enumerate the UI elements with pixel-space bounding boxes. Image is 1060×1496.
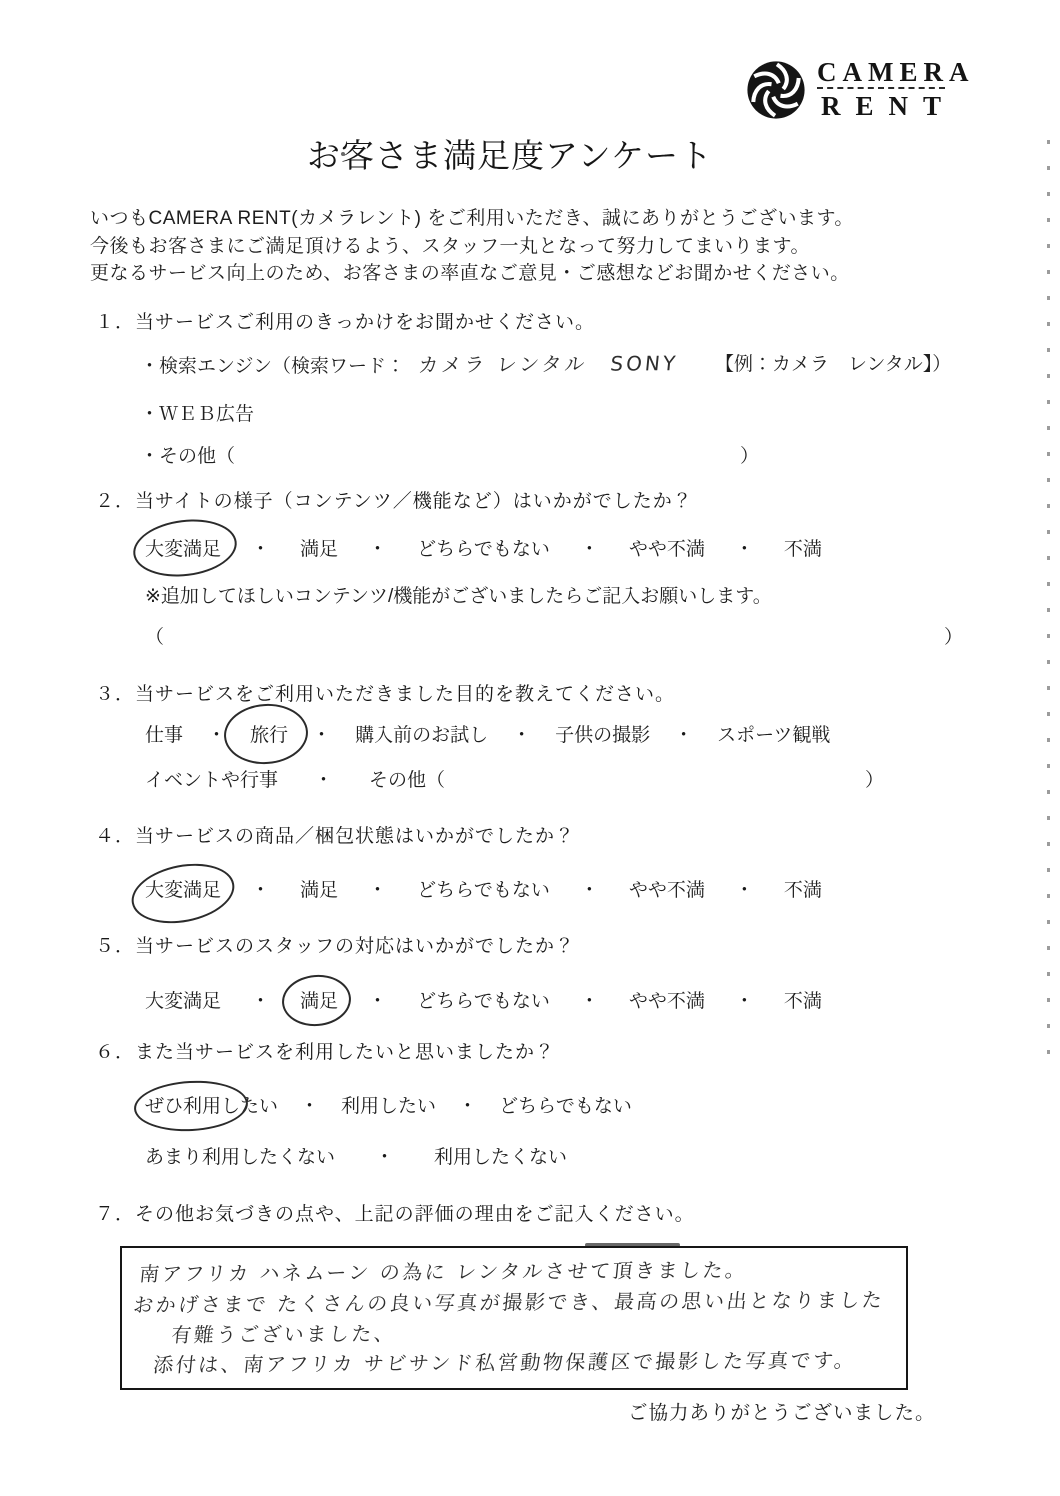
- q1-search-example: 【例：カメラ レンタル】）: [715, 349, 951, 376]
- option-separator: ・: [207, 720, 226, 747]
- option-separator: ・: [674, 720, 693, 747]
- q4-option-very-satisfied-circled: 大変満足: [145, 875, 221, 902]
- q6-option-rather-not-use: あまり利用したくない: [145, 1142, 335, 1169]
- question-7-heading: ７．その他お気づきの点や、上記の評価の理由をご記入ください。: [95, 1199, 695, 1226]
- q4-option-satisfied: 満足: [300, 875, 338, 902]
- q6-option-will-not-use: 利用したくない: [434, 1142, 567, 1169]
- q1-other-prefix: ・その他（: [140, 446, 235, 467]
- option-separator: ・: [300, 1091, 319, 1118]
- q7-comment-line-1: 南アフリカ ハネムーン の為に レンタルさせて頂きました。: [138, 1254, 749, 1287]
- brand-logo: CAMERA RENT: [745, 58, 975, 122]
- aperture-icon: [745, 58, 807, 122]
- q3-other-close-paren: ）: [865, 765, 884, 792]
- option-separator: ・: [512, 720, 531, 747]
- q5-option-dissatisfied: 不満: [784, 986, 822, 1013]
- q3-other-prefix: その他（: [369, 765, 445, 792]
- q3-option-sports-viewing: スポーツ観戦: [717, 720, 830, 747]
- q7-comment-line-4: 添付は、南アフリカ サビサンド私営動物保護区で撮影した写真です。: [152, 1344, 858, 1378]
- q6-option-definitely-use-again-circled: ぜひ利用したい: [145, 1091, 278, 1118]
- q3-options-row-1: 仕事 ・ 旅行 ・ 購入前のお試し ・ 子供の撮影 ・ スポーツ観戦: [145, 720, 830, 747]
- option-separator: ・: [735, 534, 754, 561]
- brand-name-top: CAMERA: [817, 58, 975, 86]
- question-6-heading: ６．また当サービスを利用したいと思いましたか？: [95, 1037, 555, 1064]
- option-separator: ・: [368, 875, 387, 902]
- intro-line-2: 今後もお客さまにご満足頂けるよう、スタッフ一丸となって努力してまいります。: [90, 233, 854, 261]
- page-title: お客さま満足度アンケート: [0, 130, 1020, 177]
- q3-option-travel-circled: 旅行: [250, 720, 288, 747]
- q4-option-dissatisfied: 不満: [784, 875, 822, 902]
- q5-options-row: 大変満足 ・ 満足 ・ どちらでもない ・ やや不満 ・ 不満: [145, 986, 822, 1013]
- scan-artifact-dots: [1047, 140, 1050, 1070]
- option-separator: ・: [375, 1142, 394, 1169]
- question-3-heading: ３．当サービスをご利用いただきました目的を教えてください。: [95, 679, 675, 706]
- q1-search-prefix: ・検索エンジン（検索ワード：: [140, 356, 405, 377]
- q4-option-neutral: どちらでもない: [417, 875, 550, 902]
- q3-options-row-2: イベントや行事 ・ その他（）: [145, 765, 884, 792]
- q2-free-answer-blank: （）: [145, 622, 963, 649]
- q6-option-use-again: 利用したい: [341, 1091, 436, 1118]
- q1-search-handwritten-answer: カメラ レンタル SONY: [417, 347, 680, 378]
- intro-line-3: 更なるサービス向上のため、お客さまの率直なご意見・ご感想などお聞かせください。: [90, 260, 854, 288]
- q2-option-somewhat-dissatisfied: やや不満: [629, 534, 705, 561]
- intro-line-1: いつもCAMERA RENT(カメラレント) をご利用いただき、誠にありがとうご…: [90, 205, 854, 233]
- brand-name-bottom: RENT: [817, 92, 975, 120]
- q1-option-search-engine: ・検索エンジン（検索ワード：カメラ レンタル SONY 【例：カメラ レンタル】…: [140, 349, 677, 378]
- q6-option-neutral: どちらでもない: [499, 1091, 632, 1118]
- q2-open-paren: （: [145, 627, 164, 648]
- q2-close-paren: ）: [944, 627, 963, 648]
- q5-option-somewhat-dissatisfied: やや不満: [629, 986, 705, 1013]
- q5-option-very-satisfied: 大変満足: [145, 986, 221, 1013]
- q2-note: ※追加してほしいコンテンツ/機能がございましたらご記入お願いします。: [145, 581, 772, 608]
- q3-option-work: 仕事: [145, 720, 183, 747]
- q4-options-row: 大変満足 ・ 満足 ・ どちらでもない ・ やや不満 ・ 不満: [145, 875, 822, 902]
- q1-option-other: ・その他（）: [140, 441, 759, 468]
- intro-paragraph: いつもCAMERA RENT(カメラレント) をご利用いただき、誠にありがとうご…: [90, 205, 854, 288]
- q2-option-dissatisfied: 不満: [784, 534, 822, 561]
- q7-comment-box: 南アフリカ ハネムーン の為に レンタルさせて頂きました。 おかげさまで たくさ…: [120, 1246, 908, 1390]
- question-4-heading: ４．当サービスの商品／梱包状態はいかがでしたか？: [95, 821, 575, 848]
- option-separator: ・: [251, 986, 270, 1013]
- option-separator: ・: [458, 1091, 477, 1118]
- question-1-heading: １．当サービスご利用のきっかけをお聞かせください。: [95, 307, 595, 334]
- closing-thanks: ご協力ありがとうございました。: [628, 1397, 936, 1425]
- q1-option-web-ad: ・ＷＥＢ広告: [140, 399, 254, 426]
- option-separator: ・: [580, 875, 599, 902]
- option-separator: ・: [735, 986, 754, 1013]
- q2-option-satisfied: 満足: [300, 534, 338, 561]
- option-separator: ・: [580, 986, 599, 1013]
- q6-options-row-1: ぜひ利用したい ・ 利用したい ・ どちらでもない: [145, 1091, 632, 1118]
- q2-options-row: 大変満足 ・ 満足 ・ どちらでもない ・ やや不満 ・ 不満: [145, 534, 822, 561]
- q1-other-close-paren: ）: [740, 446, 759, 467]
- q3-option-events: イベントや行事: [145, 765, 278, 792]
- survey-page: CAMERA RENT お客さま満足度アンケート いつもCAMERA RENT(…: [0, 0, 1060, 1496]
- q4-option-somewhat-dissatisfied: やや不満: [629, 875, 705, 902]
- option-separator: ・: [580, 534, 599, 561]
- q7-comment-line-2: おかげさまで たくさんの良い写真が撮影でき、最高の思い出となりました: [132, 1284, 886, 1318]
- option-separator: ・: [312, 720, 331, 747]
- q7-comment-line-3: 有難うございました、: [170, 1317, 398, 1348]
- option-separator: ・: [251, 875, 270, 902]
- q5-option-satisfied-circled: 満足: [300, 986, 338, 1013]
- question-2-heading: ２．当サイトの様子（コンテンツ／機能など）はいかがでしたか？: [95, 486, 693, 513]
- question-5-heading: ５．当サービスのスタッフの対応はいかがでしたか？: [95, 931, 575, 958]
- option-separator: ・: [368, 534, 387, 561]
- option-separator: ・: [314, 765, 333, 792]
- logo-divider: [817, 87, 945, 89]
- q6-options-row-2: あまり利用したくない ・ 利用したくない: [145, 1142, 567, 1169]
- q3-option-trial-before-purchase: 購入前のお試し: [355, 720, 488, 747]
- q2-option-neutral: どちらでもない: [417, 534, 550, 561]
- option-separator: ・: [251, 534, 270, 561]
- brand-wordmark: CAMERA RENT: [817, 58, 975, 120]
- q5-option-neutral: どちらでもない: [417, 986, 550, 1013]
- option-separator: ・: [368, 986, 387, 1013]
- q2-option-very-satisfied-circled: 大変満足: [145, 534, 221, 561]
- option-separator: ・: [735, 875, 754, 902]
- q3-option-kids-photos: 子供の撮影: [555, 720, 650, 747]
